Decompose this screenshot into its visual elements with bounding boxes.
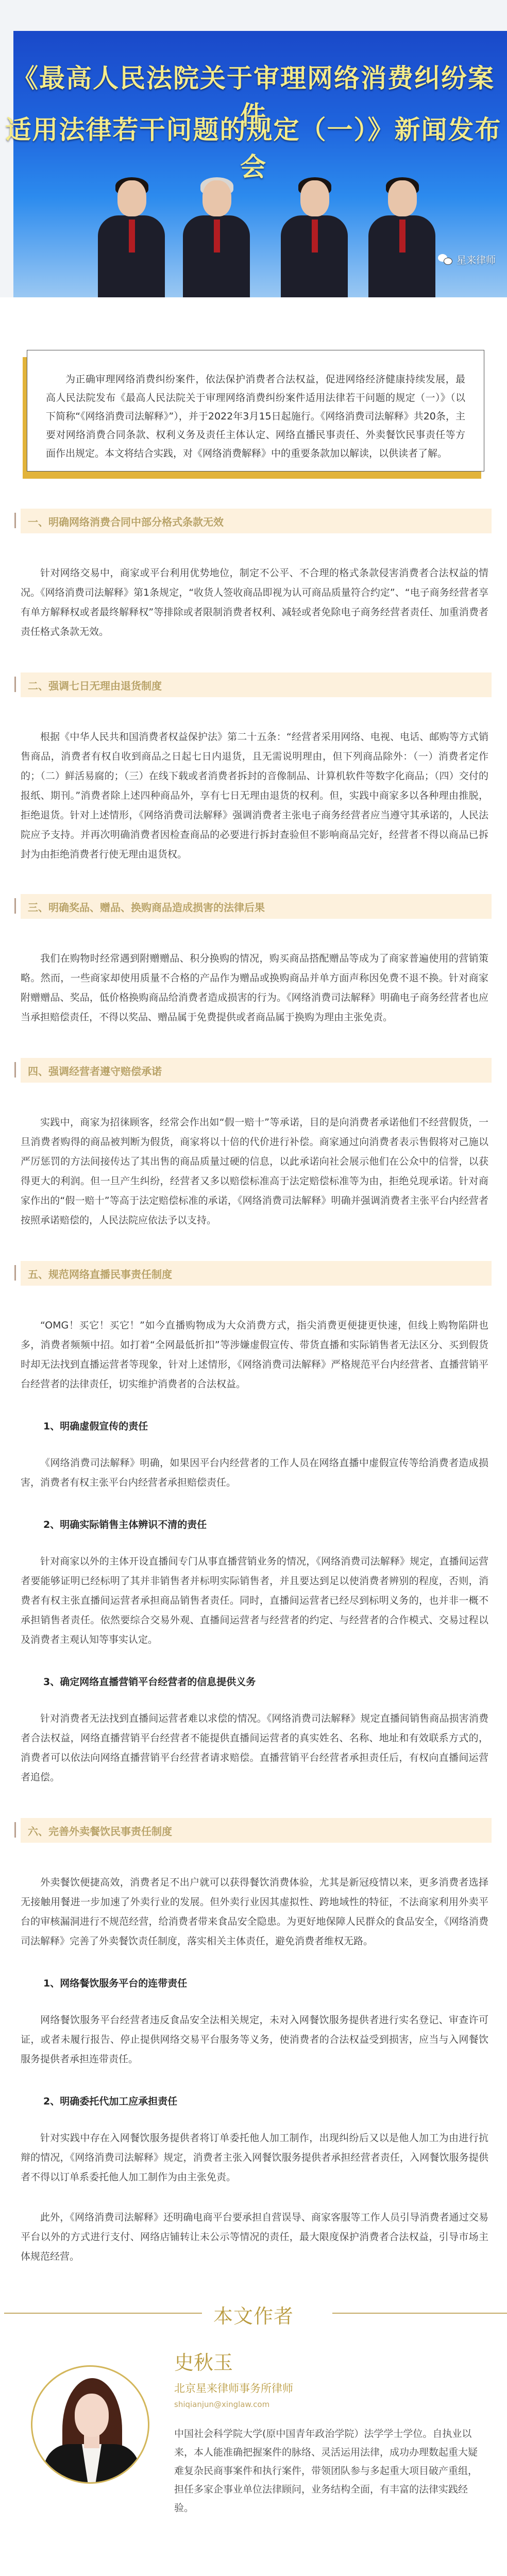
section-heading-1: 一、明确网络消费合同中部分格式条款无效 <box>21 509 492 533</box>
section-title: 一、明确网络消费合同中部分格式条款无效 <box>28 514 224 529</box>
paragraph: 外卖餐饮便捷高效，消费者足不出户就可以获得餐饮消费体验，尤其是新冠疫情以来，更多… <box>21 1873 492 1951</box>
section-heading-5: 五、规范网络直播民事责任制度 <box>21 1261 492 1286</box>
paragraph: 针对实践中存在入网餐饮服务提供者将订单委托他人加工制作，出现纠纷后又以是他人加工… <box>21 2128 492 2187</box>
paragraph: 针对网络交易中，商家或平台利用优势地位，制定不公平、不合理的格式条款侵害消费者合… <box>21 563 492 642</box>
paragraph: 根据《中华人民共和国消费者权益保护法》第二十五条：“经营者采用网络、电视、电话、… <box>21 727 492 864</box>
subsection-title: 2、明确委托代加工应承担责任 <box>21 2094 492 2108</box>
author-email: shiqianjun@xinglaw.com <box>174 2400 483 2409</box>
section-heading-4: 四、强调经营者遵守赔偿承诺 <box>21 1058 492 1083</box>
paragraph: 我们在购物时经常遇到附赠赠品、积分换购的情况，购买商品搭配赠品等成为了商家普遍使… <box>21 949 492 1027</box>
intro-box: 为正确审理网络消费纠纷案件，依法保护消费者合法权益，促进网络经济健康持续发展，最… <box>27 350 484 472</box>
author-section-title: 本文作者 <box>213 2300 294 2329</box>
author-section-heading: 本文作者 <box>0 2297 507 2328</box>
heading-bar <box>14 1062 16 1077</box>
author-role: 北京星来律师事务所律师 <box>174 2380 483 2396</box>
section-heading-2: 二、强调七日无理由退货制度 <box>21 672 492 697</box>
heading-bar <box>14 513 16 528</box>
speaker-3 <box>281 180 348 297</box>
intro-card: 为正确审理网络消费纠纷案件，依法保护消费者合法权益，促进网络经济健康持续发展，最… <box>0 308 507 483</box>
heading-bar <box>14 1822 16 1838</box>
paragraph: 网络餐饮服务平台经营者违反食品安全法相关规定，未对入网餐饮服务提供者进行实名登记… <box>21 2010 492 2069</box>
hero-title-line2: 适用法律若干问题的规定（一）》新闻发布会 <box>0 109 507 183</box>
section-title: 三、明确奖品、赠品、换购商品造成损害的法律后果 <box>28 899 265 914</box>
avatar <box>31 2365 149 2484</box>
watermark: 星来律师 <box>438 252 496 266</box>
subsection-title: 1、网络餐饮服务平台的连带责任 <box>21 1976 492 1990</box>
section-title: 五、规范网络直播民事责任制度 <box>28 1266 172 1281</box>
author-bio: 中国社会科学院大学(原中国青年政治学院）法学学士学位。自执业以来，本人能准确把握… <box>174 2425 483 2517</box>
author-info: 史秋玉 北京星来律师事务所律师 shiqianjun@xinglaw.com 中… <box>174 2345 483 2517</box>
divider-line <box>4 2313 202 2314</box>
watermark-text: 星来律师 <box>457 252 496 266</box>
paragraph: “OMG！买它！买它！”如今直播购物成为大众消费方式，指尖消费更便捷更快速，但线… <box>21 1316 492 1394</box>
heading-bar <box>14 898 16 914</box>
speaker-1 <box>98 180 165 297</box>
section-title: 二、强调七日无理由退货制度 <box>28 678 162 693</box>
subsection-title: 1、明确虚假宣传的责任 <box>21 1419 492 1433</box>
hero-image: 《最高人民法院关于审理网络消费纠纷案件 适用法律若干问题的规定（一）》新闻发布会… <box>0 0 507 297</box>
paragraph: 此外，《网络消费司法解释》还明确电商平台要承担自营误导、商家客服等工作人员引导消… <box>21 2208 492 2266</box>
author-name: 史秋玉 <box>174 2347 483 2375</box>
divider-line <box>332 2313 507 2314</box>
author-card: 史秋玉 北京星来律师事务所律师 shiqianjun@xinglaw.com 中… <box>0 2345 507 2510</box>
speaker-2 <box>183 180 250 297</box>
subsection-title: 2、明确实际销售主体辨识不清的责任 <box>21 1517 492 1531</box>
section-title: 四、强调经营者遵守赔偿承诺 <box>28 1063 162 1078</box>
paragraph: 针对商家以外的主体开设直播间专门从事直播营销业务的情况，《网络消费司法解释》规定… <box>21 1552 492 1649</box>
subsection-title: 3、确定网络直播营销平台经营者的信息提供义务 <box>21 1674 492 1688</box>
heading-bar <box>14 677 16 692</box>
paragraph: 《网络消费司法解释》明确，如果因平台内经营者的工作人员在网络直播中虚假宣传等给消… <box>21 1453 492 1492</box>
intro-text: 为正确审理网络消费纠纷案件，依法保护消费者合法权益，促进网络经济健康持续发展，最… <box>46 370 465 463</box>
section-title: 六、完善外卖餐饮民事责任制度 <box>28 1823 172 1838</box>
section-heading-6: 六、完善外卖餐饮民事责任制度 <box>21 1818 492 1843</box>
paragraph: 针对消费者无法找到直播间运营者难以求偿的情况。《网络消费司法解释》规定直播间销售… <box>21 1709 492 1787</box>
wechat-icon <box>438 254 453 265</box>
section-heading-3: 三、明确奖品、赠品、换购商品造成损害的法律后果 <box>21 894 492 919</box>
paragraph: 实践中，商家为招徕顾客，经常会作出如“假一赔十”等承诺，目的是向消费者承诺他们不… <box>21 1113 492 1230</box>
speaker-4 <box>368 180 435 297</box>
article-body: 一、明确网络消费合同中部分格式条款无效 针对网络交易中，商家或平台利用优势地位，… <box>0 509 507 2266</box>
heading-bar <box>14 1265 16 1281</box>
